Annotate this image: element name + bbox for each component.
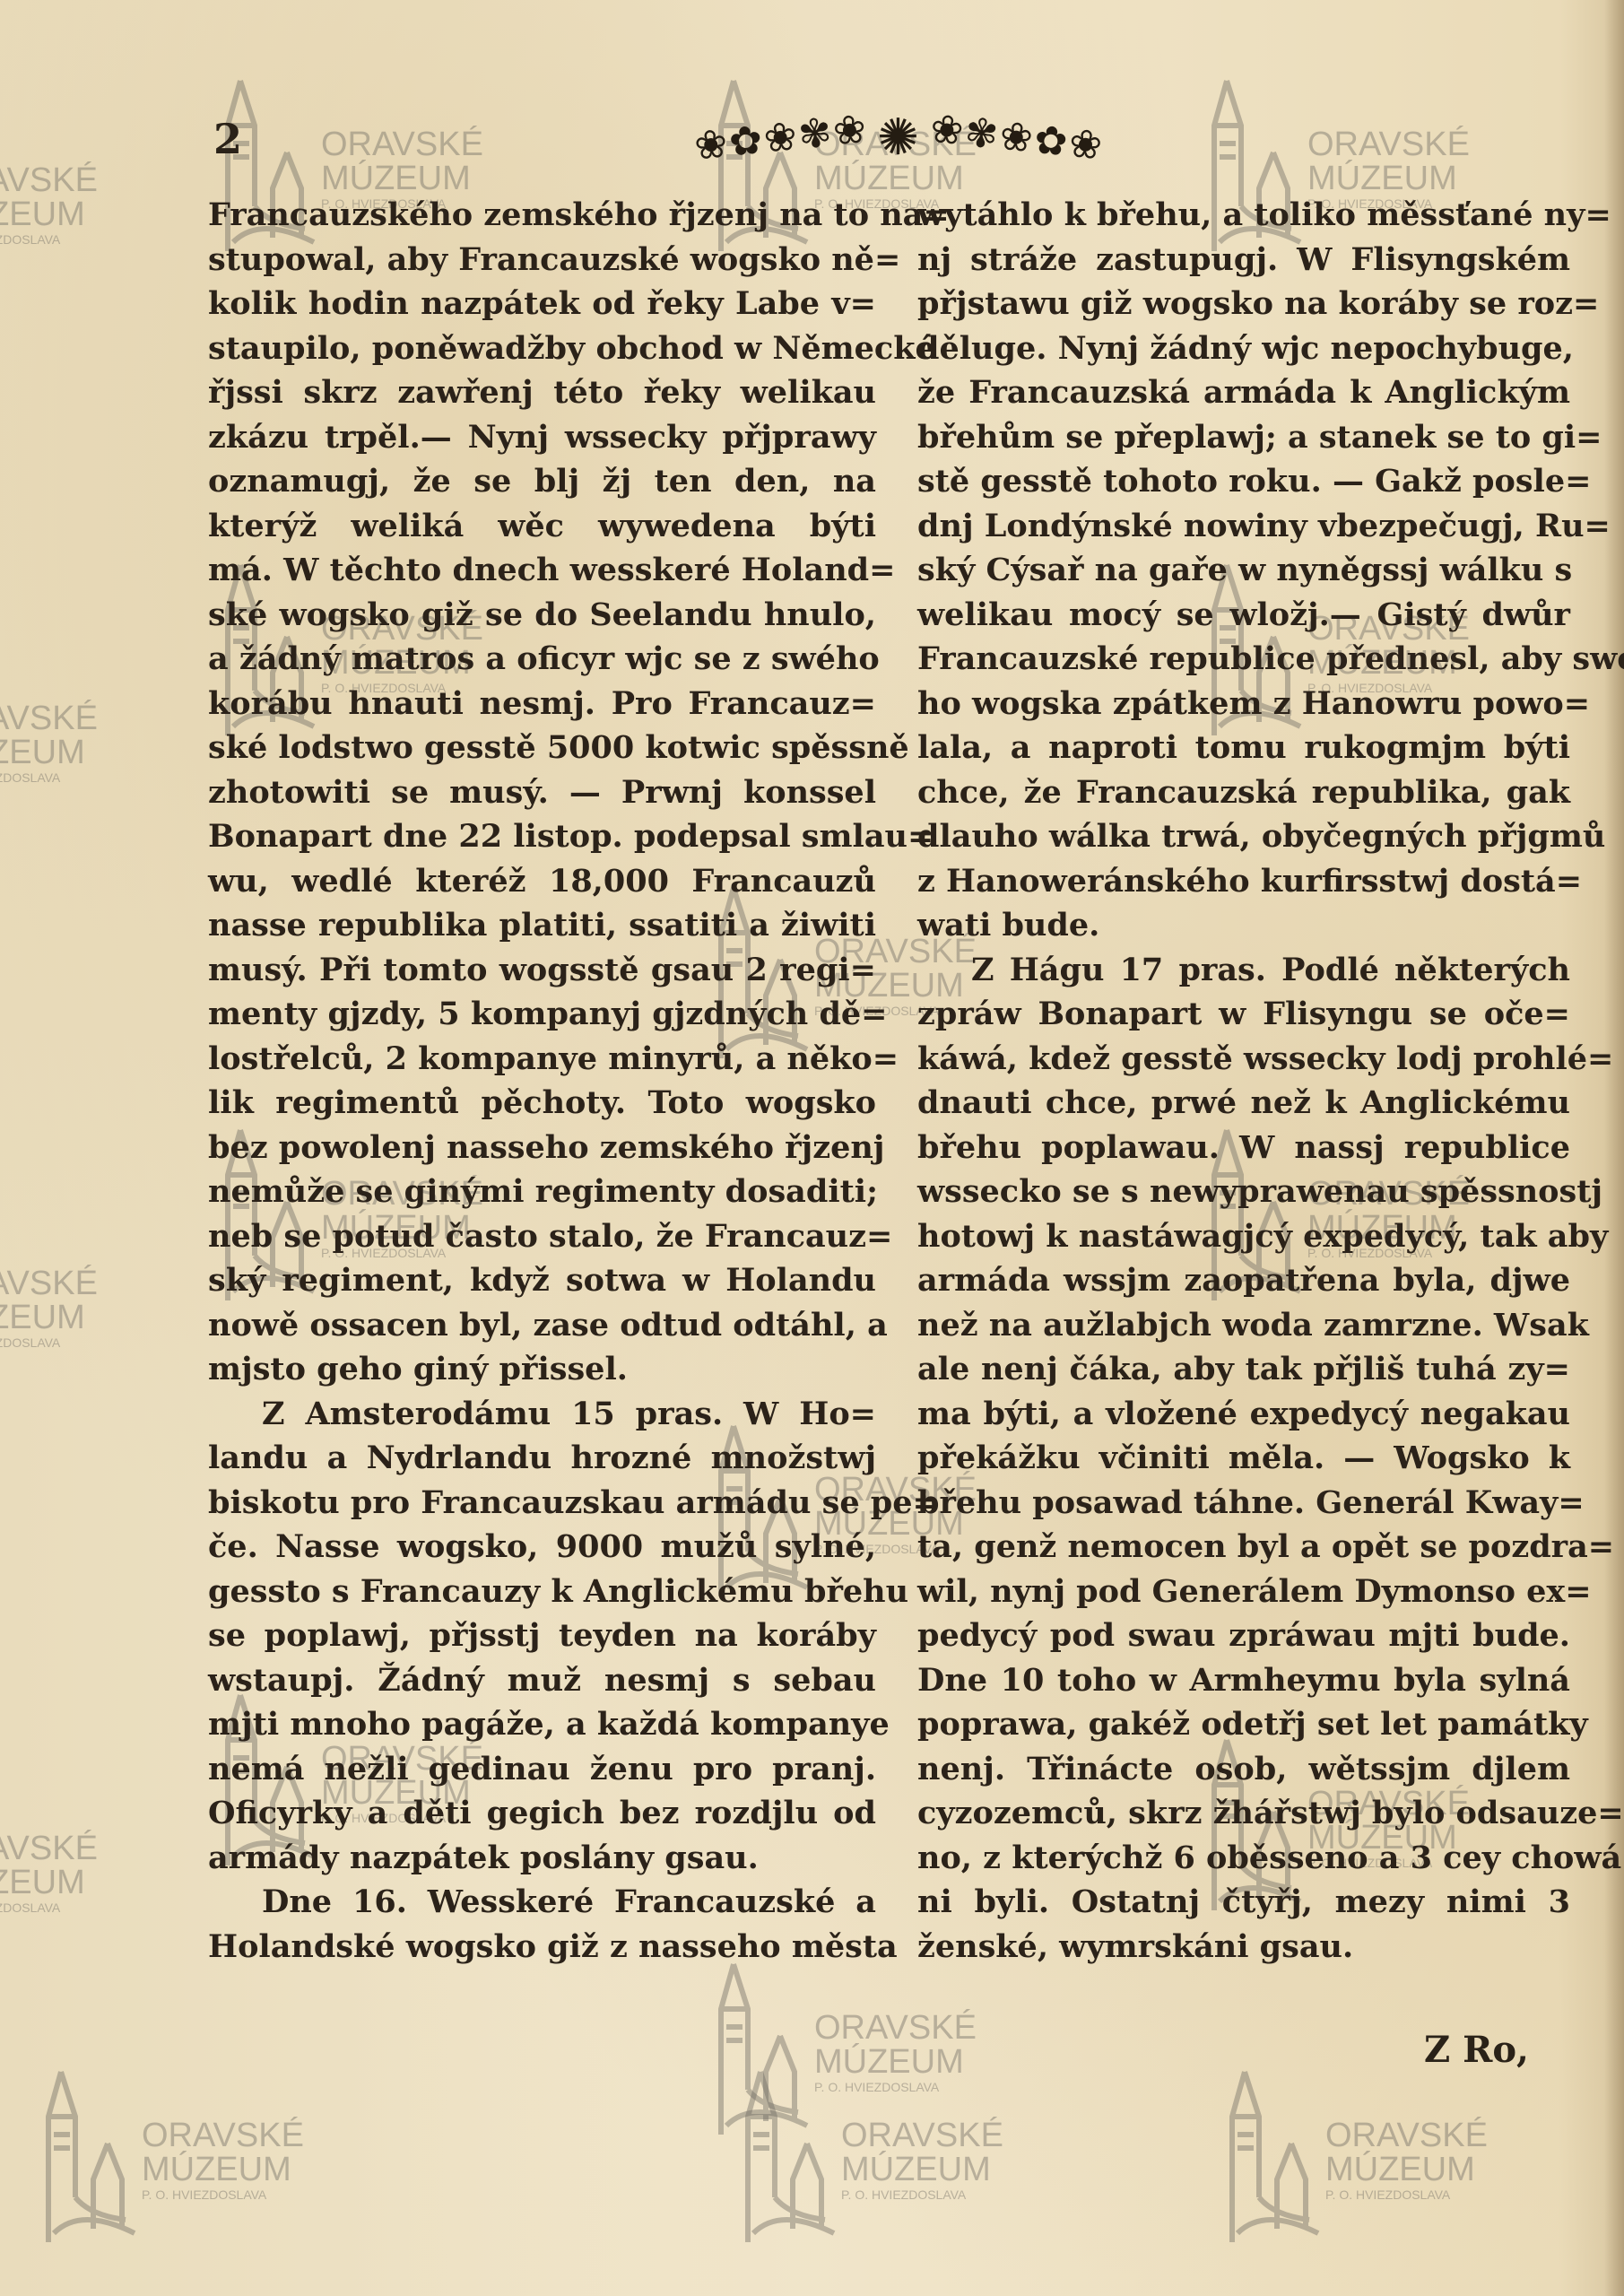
text-line: menty gjzdy, 5 kompanyj gjzdných dě= — [208, 992, 876, 1037]
text-line: nemá nežli gedinau ženu pro pranj. — [208, 1747, 876, 1792]
castle-icon — [735, 2063, 843, 2251]
text-line: wssecko se s newyprawenau spěssnostj — [917, 1170, 1570, 1214]
text-line: nj stráže zastupugj. W Flisyngském — [917, 238, 1570, 283]
text-line: dnauti chce, prwé než k Anglickému — [917, 1081, 1570, 1126]
text-line: Dne 16. Wesskeré Francauzské a — [208, 1880, 876, 1925]
text-line: landu a Nydrlandu hrozné množstwj — [208, 1436, 876, 1481]
watermark-line3: P. O. HVIEZDOSLAVA — [142, 2187, 304, 2203]
text-line: Francauzské republice přednesl, aby swé= — [917, 637, 1570, 682]
museum-watermark: ORAVSKÉMÚZEUMP. O. HVIEZDOSLAVA — [0, 1211, 99, 1399]
text-line: no, z kterýchž 6 oběsseno a 3 cey chowá= — [917, 1836, 1570, 1881]
text-line: wil, nynj pod Generálem Dymonso ex= — [917, 1570, 1570, 1614]
page-edge-shadow — [1604, 0, 1624, 2296]
text-line: poprawa, gakéž odetřj set let památky — [917, 1702, 1570, 1747]
text-line: wstaupj. Žádný muž nesmj s sebau — [208, 1658, 876, 1703]
text-line: nasse republika platiti, ssatiti a žiwit… — [208, 903, 876, 948]
watermark-line1: ORAVSKÉ — [0, 1266, 98, 1300]
text-line: ta, genž nemocen byl a opět se pozdra= — [917, 1525, 1570, 1570]
catchword: Z Ro, — [1424, 2029, 1529, 2071]
watermark-line3: P. O. HVIEZDOSLAVA — [0, 1335, 98, 1351]
castle-icon — [708, 1955, 816, 2144]
text-line: Dne 10 toho w Armheymu byla sylná — [917, 1658, 1570, 1703]
text-line: lostřelců, 2 kompanye minyrů, a něko= — [208, 1037, 876, 1082]
text-line: korábu hnauti nesmj. Pro Francauz= — [208, 682, 876, 726]
watermark-line2: MÚZEUM — [0, 1865, 98, 1900]
text-line: má. W těchto dnech wesskeré Holand= — [208, 548, 876, 593]
watermark-line3: P. O. HVIEZDOSLAVA — [841, 2187, 1003, 2203]
watermark-line3: P. O. HVIEZDOSLAVA — [0, 231, 98, 248]
text-line: a žádný matros a oficyr wjc se z swého — [208, 637, 876, 682]
text-line: Holandské wogsko giž z nasseho města — [208, 1925, 876, 1970]
page-number: 2 — [213, 115, 242, 163]
museum-watermark: ORAVSKÉMÚZEUMP. O. HVIEZDOSLAVA — [0, 646, 99, 834]
text-line: Francauzského zemského řjzenj na to na= — [208, 193, 876, 238]
watermark-line1: ORAVSKÉ — [1325, 2118, 1488, 2152]
text-line: Bonapart dne 22 listop. podepsal smlau= — [208, 814, 876, 859]
text-line: než na aužlabjch woda zamrzne. Wsak — [917, 1303, 1570, 1348]
text-line: lala, a naproti tomu rukogmjm býti — [917, 726, 1570, 770]
watermark-line1: ORAVSKÉ — [814, 2011, 977, 2045]
text-line: ženské, wymrskáni gsau. — [917, 1925, 1570, 1970]
watermark-line2: MÚZEUM — [0, 1300, 98, 1335]
text-line: dnj Londýnské nowiny vbezpečugj, Ru= — [917, 504, 1570, 549]
text-line: se poplawj, přjsstj teyden na koráby — [208, 1613, 876, 1658]
text-line: kolik hodin nazpátek od řeky Labe v= — [208, 282, 876, 326]
watermark-line1: ORAVSKÉ — [321, 127, 483, 161]
text-line: oznamugj, že se blj žj ten den, na — [208, 459, 876, 504]
watermark-line1: ORAVSKÉ — [0, 1831, 98, 1865]
watermark-line3: P. O. HVIEZDOSLAVA — [0, 1900, 98, 1916]
watermark-line2: MÚZEUM — [0, 197, 98, 231]
text-line: nenj. Třinácte osob, wětssjm djlem — [917, 1747, 1570, 1792]
ornament-right-garland: ❀✾❀✿❀ — [928, 105, 1107, 169]
watermark-line1: ORAVSKÉ — [1307, 127, 1470, 161]
text-line: mjti mnoho pagáže, a každá kompanye — [208, 1702, 876, 1747]
text-line: mjsto geho giný přissel. — [208, 1347, 876, 1392]
watermark-line1: ORAVSKÉ — [0, 163, 98, 197]
watermark-line3: P. O. HVIEZDOSLAVA — [0, 770, 98, 786]
text-line: welikau mocý se wložj.— Gistý dwůr — [917, 593, 1570, 638]
museum-watermark: ORAVSKÉMÚZEUMP. O. HVIEZDOSLAVA — [708, 1955, 977, 2144]
museum-watermark: ORAVSKÉMÚZEUMP. O. HVIEZDOSLAVA — [0, 108, 99, 296]
text-line: Oficyrky a děti gegich bez rozdjlu od — [208, 1791, 876, 1836]
watermark-line1: ORAVSKÉ — [0, 701, 98, 735]
watermark-line2: MÚZEUM — [321, 161, 483, 196]
text-line: armáda wssjm zaopatřena byla, djwe — [917, 1258, 1570, 1303]
text-line: Z Amsterodámu 15 pras. W Ho= — [208, 1392, 876, 1437]
text-line: lik regimentů pěchoty. Toto wogsko — [208, 1081, 876, 1126]
text-line: děluge. Nynj žádný wjc nepochybuge, — [917, 326, 1570, 371]
watermark-line2: MÚZEUM — [1307, 161, 1470, 196]
text-line: káwá, kdež gesstě wssecky lodj prohlé= — [917, 1037, 1570, 1082]
text-line: ho wogska zpátkem z Hanowru powo= — [917, 682, 1570, 726]
text-line: biskotu pro Francauzskau armádu se pe= — [208, 1481, 876, 1526]
text-line: že Francauzská armáda k Anglickým — [917, 370, 1570, 415]
castle-icon — [36, 2063, 143, 2251]
text-line: Z Hágu 17 pras. Podlé některých — [917, 948, 1570, 993]
text-line: přjstawu giž wogsko na koráby se roz= — [917, 282, 1570, 326]
text-line: staupilo, poněwadžby obchod w Německé — [208, 326, 876, 371]
text-line: cyzozemců, skrz žhářstwj bylo odsauze= — [917, 1791, 1570, 1836]
museum-watermark: ORAVSKÉMÚZEUMP. O. HVIEZDOSLAVA — [735, 2063, 1004, 2251]
text-line: břehům se přeplawj; a stanek se to gi= — [917, 415, 1570, 460]
text-line: chce, že Francauzská republika, gak — [917, 770, 1570, 815]
watermark-line1: ORAVSKÉ — [142, 2118, 304, 2152]
text-line: gessto s Francauzy k Anglickému břehu — [208, 1570, 876, 1614]
ornament-left-garland: ❀✿❀✾❀ — [692, 105, 871, 169]
text-line: ni byli. Ostatnj čtyřj, mezy nimi 3 — [917, 1880, 1570, 1925]
text-line: břehu posawad táhne. Generál Kway= — [917, 1481, 1570, 1526]
text-line: zhotowiti se musý. — Prwnj konssel — [208, 770, 876, 815]
text-line: zpráw Bonapart w Flisyngu se oče= — [917, 992, 1570, 1037]
text-line: bez powolenj nasseho zemského řjzenj — [208, 1126, 876, 1170]
text-line: ský regiment, když sotwa w Holandu — [208, 1258, 876, 1303]
text-line: ale nenj čáka, aby tak přjliš tuhá zy= — [917, 1347, 1570, 1392]
text-line: z Hanoweránského kurfirsstwj dostá= — [917, 859, 1570, 904]
text-line: pedycý pod swau zpráwau mjti bude. — [917, 1613, 1570, 1658]
text-line: ské lodstwo gesstě 5000 kotwic spěssně — [208, 726, 876, 770]
watermark-line3: P. O. HVIEZDOSLAVA — [1325, 2187, 1488, 2203]
text-line: břehu poplawau. W nassj republice — [917, 1126, 1570, 1170]
text-line: dlauho wálka trwá, obyčegných přjgmů — [917, 814, 1570, 859]
museum-watermark: ORAVSKÉMÚZEUMP. O. HVIEZDOSLAVA — [36, 2063, 305, 2251]
text-line: nemůže se ginými regimenty dosaditi; — [208, 1170, 876, 1214]
text-line: wati bude. — [917, 903, 1570, 948]
watermark-line2: MÚZEUM — [0, 735, 98, 770]
watermark-line1: ORAVSKÉ — [841, 2118, 1003, 2152]
watermark-line2: MÚZEUM — [1325, 2152, 1488, 2187]
text-line: armády nazpátek poslány gsau. — [208, 1836, 876, 1881]
text-line: zkázu trpěl.— Nynj wssecky přjprawy — [208, 415, 876, 460]
text-column-right: wytáhlo k břehu, a toliko měssťané ny=nj… — [917, 193, 1570, 1969]
watermark-line2: MÚZEUM — [814, 2045, 977, 2079]
text-line: kterýž weliká wěc wywedena býti — [208, 504, 876, 549]
header-ornament: ❀✿❀✾❀ ✺ ❀✾❀✿❀ — [650, 106, 1148, 169]
text-line: ma býti, a vložené expedycý negakau — [917, 1392, 1570, 1437]
text-line: hotowj k nastáwagjcý expedycý, tak aby — [917, 1214, 1570, 1259]
text-line: musý. Při tomto wogsstě gsau 2 regi= — [208, 948, 876, 993]
watermark-line3: P. O. HVIEZDOSLAVA — [814, 2079, 977, 2095]
text-line: wytáhlo k břehu, a toliko měssťané ny= — [917, 193, 1570, 238]
watermark-line2: MÚZEUM — [841, 2152, 1003, 2187]
museum-watermark: ORAVSKÉMÚZEUMP. O. HVIEZDOSLAVA — [0, 1776, 99, 1964]
text-line: neb se potud často stalo, že Francauz= — [208, 1214, 876, 1259]
museum-watermark: ORAVSKÉMÚZEUMP. O. HVIEZDOSLAVA — [1220, 2063, 1489, 2251]
castle-icon — [1220, 2063, 1327, 2251]
text-line: překážku včiniti měla. — Wogsko k — [917, 1436, 1570, 1481]
text-line: ský Cýsař na gaře w nyněgssj wálku s — [917, 548, 1570, 593]
text-column-left: Francauzského zemského řjzenj na to na=s… — [208, 193, 876, 1969]
ornament-center-star: ✺ — [877, 109, 921, 167]
text-line: wu, wedlé kteréž 18,000 Francauzů — [208, 859, 876, 904]
text-line: ské wogsko giž se do Seelandu hnulo, — [208, 593, 876, 638]
text-line: stupowal, aby Francauzské wogsko ně= — [208, 238, 876, 283]
text-line: nowě ossacen byl, zase odtud odtáhl, a — [208, 1303, 876, 1348]
text-line: řjssi skrz zawřenj této řeky welikau — [208, 370, 876, 415]
watermark-line2: MÚZEUM — [142, 2152, 304, 2187]
text-line: če. Nasse wogsko, 9000 mužů sylné, — [208, 1525, 876, 1570]
text-line: stě gesstě tohoto roku. — Gakž posle= — [917, 459, 1570, 504]
